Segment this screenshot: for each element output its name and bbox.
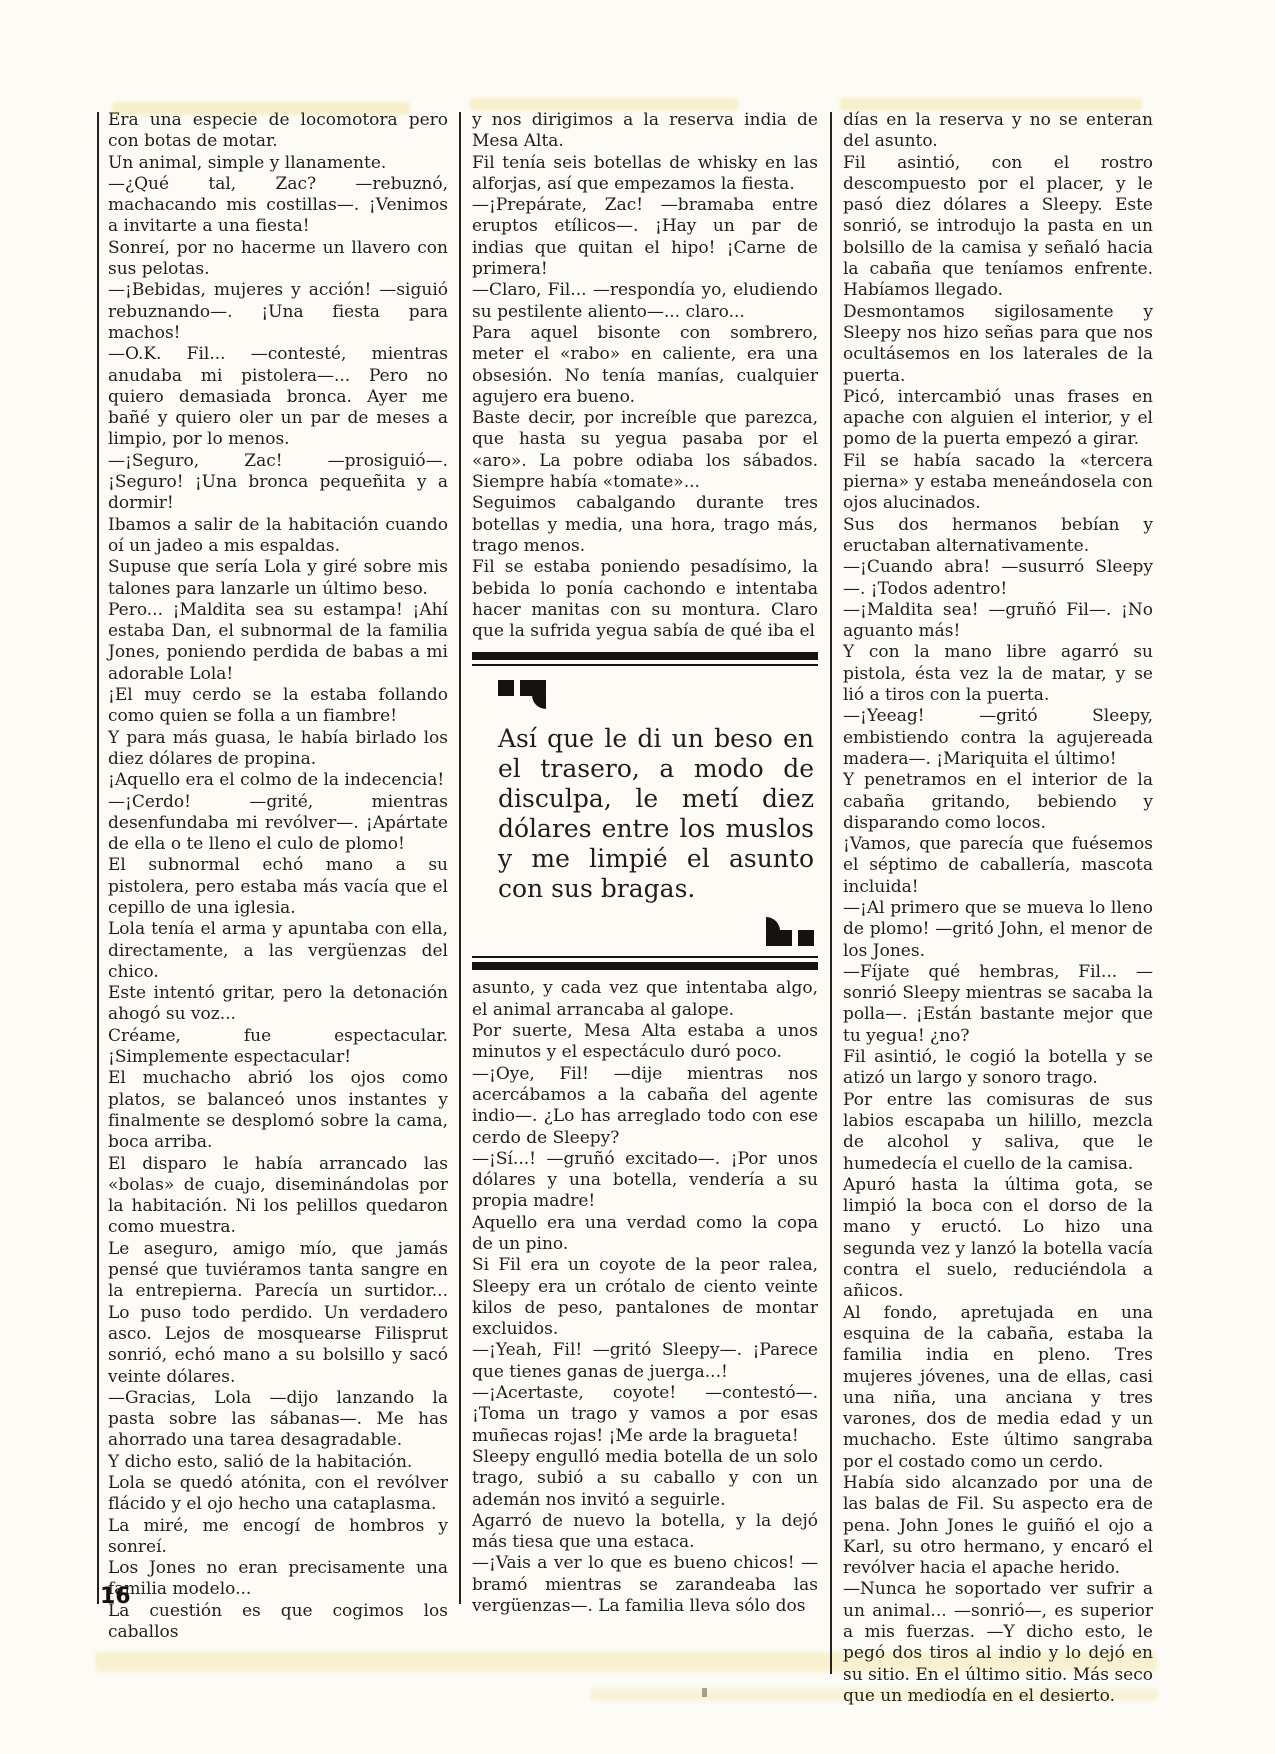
paragraph: —¡Vais a ver lo que es bueno chicos! —br… [472, 1553, 818, 1617]
paragraph: Apuró hasta la última gota, se limpió la… [843, 1175, 1153, 1303]
paragraph: Picó, intercambió unas frases en apache … [843, 387, 1153, 451]
open-quote-icon [498, 680, 814, 712]
paragraph: Sonreí, por no hacerme un llavero con su… [108, 238, 448, 281]
paragraph: Lola tenía el arma y apuntaba con ella, … [108, 919, 448, 983]
paragraph: Baste decir, por increíble que parezca, … [472, 408, 818, 493]
paragraph: Fil se estaba poniendo pesadísimo, la be… [472, 557, 818, 642]
page-number: 16 [100, 1584, 131, 1609]
paragraph: Agarró de nuevo la botella, y la dejó má… [472, 1511, 818, 1554]
paragraph: —¡Yeeag! —gritó Sleepy, embistiendo cont… [843, 706, 1153, 770]
paragraph: —¡Oye, Fil! —dije mientras nos acercábam… [472, 1064, 818, 1149]
paragraph: Desmontamos sigilosamente y Sleepy nos h… [843, 302, 1153, 387]
column-rule-left [97, 112, 99, 1604]
paragraph: —¡Bebidas, mujeres y acción! —siguió reb… [108, 280, 448, 344]
paragraph: Pero... ¡Maldita sea su estampa! ¡Ahí es… [108, 600, 448, 685]
paragraph: La miré, me encogí de hombros y sonreí. [108, 1516, 448, 1559]
paragraph: Había sido alcanzado por una de las bala… [843, 1473, 1153, 1579]
paragraph: —Claro, Fil... —respondía yo, eludiendo … [472, 280, 818, 323]
paragraph: Sus dos hermanos bebían y eructaban alte… [843, 515, 1153, 558]
paragraph: —¡Cuando abra! —susurró Sleepy—. ¡Todos … [843, 557, 1153, 600]
paragraph: Este intentó gritar, pero la detonación … [108, 983, 448, 1026]
paragraph: Por entre las comisuras de sus labios es… [843, 1090, 1153, 1175]
paragraph: —¡Yeah, Fil! —gritó Sleepy—. ¡Parece que… [472, 1340, 818, 1383]
paragraph: Para aquel bisonte con sombrero, meter e… [472, 323, 818, 408]
paragraph: —¿Qué tal, Zac? —rebuznó, machacando mis… [108, 174, 448, 238]
paragraph: El disparo le había arrancado las «bolas… [108, 1154, 448, 1239]
paragraph: Fil asintió, con el rostro descompuesto … [843, 153, 1153, 302]
paragraph: —¡Maldita sea! —gruñó Fil—. ¡No aguanto … [843, 600, 1153, 643]
column-middle-top: y nos dirigimos a la reserva india de Me… [472, 110, 818, 642]
close-quote-icon [766, 914, 814, 946]
pull-quote-block: Así que le di un beso en el trasero, a m… [472, 652, 818, 970]
paragraph: Le aseguro, amigo mío, que jamás pensé q… [108, 1239, 448, 1388]
paragraph: —¡Seguro, Zac! —prosiguió—. ¡Seguro! ¡Un… [108, 451, 448, 515]
paragraph: Sleepy engulló media botella de un solo … [472, 1447, 818, 1511]
pull-quote-text: Así que le di un beso en el trasero, a m… [498, 724, 814, 904]
paragraph: Un animal, simple y llanamente. [108, 153, 448, 174]
pull-quote-inner: Así que le di un beso en el trasero, a m… [472, 666, 818, 956]
paragraph: —¡Prepárate, Zac! —bramaba entre eruptos… [472, 195, 818, 280]
paragraph: y nos dirigimos a la reserva india de Me… [472, 110, 818, 153]
paragraph: —O.K. Fil... —contesté, mientras anudaba… [108, 344, 448, 450]
paragraph: —¡Acertaste, coyote! —contestó—. ¡Toma u… [472, 1383, 818, 1447]
paragraph: Y dicho esto, salió de la habitación. [108, 1452, 448, 1473]
column-right: días en la reserva y no se enteran del a… [843, 110, 1153, 1707]
paragraph: —¡Sí...! —gruñó excitado—. ¡Por unos dól… [472, 1149, 818, 1213]
paragraph: Supuse que sería Lola y giré sobre mis t… [108, 557, 448, 600]
paragraph: Al fondo, apretujada en una esquina de l… [843, 1303, 1153, 1473]
paragraph: Fil asintió, le cogió la botella y se at… [843, 1047, 1153, 1090]
column-left: Era una especie de locomotora pero con b… [108, 110, 448, 1643]
paragraph: —Gracias, Lola —dijo lanzando la pasta s… [108, 1388, 448, 1452]
paragraph: Ibamos a salir de la habitación cuando o… [108, 515, 448, 558]
paragraph: ¡Vamos, que parecía que fuésemos el sépt… [843, 834, 1153, 898]
scan-artifact [702, 1688, 707, 1697]
paragraph: ¡Aquello era el colmo de la indecencia! [108, 770, 448, 791]
column-middle-bottom: asunto, y cada vez que intentaba algo, e… [472, 978, 818, 1617]
paragraph: Por suerte, Mesa Alta estaba a unos minu… [472, 1021, 818, 1064]
paragraph: Si Fil era un coyote de la peor ralea, S… [472, 1255, 818, 1340]
rule-thick [472, 652, 818, 660]
paragraph: Lola se quedó atónita, con el revólver f… [108, 1473, 448, 1516]
paragraph: Fil se había sacado la «tercera pierna» … [843, 451, 1153, 515]
magazine-page: Era una especie de locomotora pero con b… [0, 0, 1275, 1754]
column-rule-right [830, 112, 832, 1674]
paragraph: La cuestión es que cogimos los caballos [108, 1601, 448, 1644]
rule-thick [472, 962, 818, 970]
paragraph: Y para más guasa, le había birlado los d… [108, 728, 448, 771]
paragraph: Era una especie de locomotora pero con b… [108, 110, 448, 153]
paragraph: —Fíjate qué hembras, Fil... —sonrió Slee… [843, 962, 1153, 1047]
paragraph: ¡El muy cerdo se la estaba follando como… [108, 685, 448, 728]
paragraph: Aquello era una verdad como la copa de u… [472, 1213, 818, 1256]
paragraph: —¡Al primero que se mueva lo lleno de pl… [843, 898, 1153, 962]
paragraph: Fil tenía seis botellas de whisky en las… [472, 153, 818, 196]
paragraph: Los Jones no eran precisamente una famil… [108, 1558, 448, 1601]
paragraph: asunto, y cada vez que intentaba algo, e… [472, 978, 818, 1021]
column-middle: y nos dirigimos a la reserva india de Me… [472, 110, 818, 1617]
paragraph: Créame, fue espectacular. ¡Simplemente e… [108, 1026, 448, 1069]
paragraph: —¡Cerdo! —grité, mientras desenfundaba m… [108, 792, 448, 856]
paragraph: —Nunca he soportado ver sufrir a un anim… [843, 1579, 1153, 1707]
rule-thin [472, 956, 818, 958]
column-rule-middle [459, 112, 461, 1604]
paragraph: El subnormal echó mano a su pistolera, p… [108, 855, 448, 919]
paragraph: Y penetramos en el interior de la cabaña… [843, 770, 1153, 834]
paragraph: Y con la mano libre agarró su pistola, é… [843, 642, 1153, 706]
paragraph: Seguimos cabalgando durante tres botella… [472, 493, 818, 557]
paragraph: días en la reserva y no se enteran del a… [843, 110, 1153, 153]
paragraph: El muchacho abrió los ojos como platos, … [108, 1068, 448, 1153]
